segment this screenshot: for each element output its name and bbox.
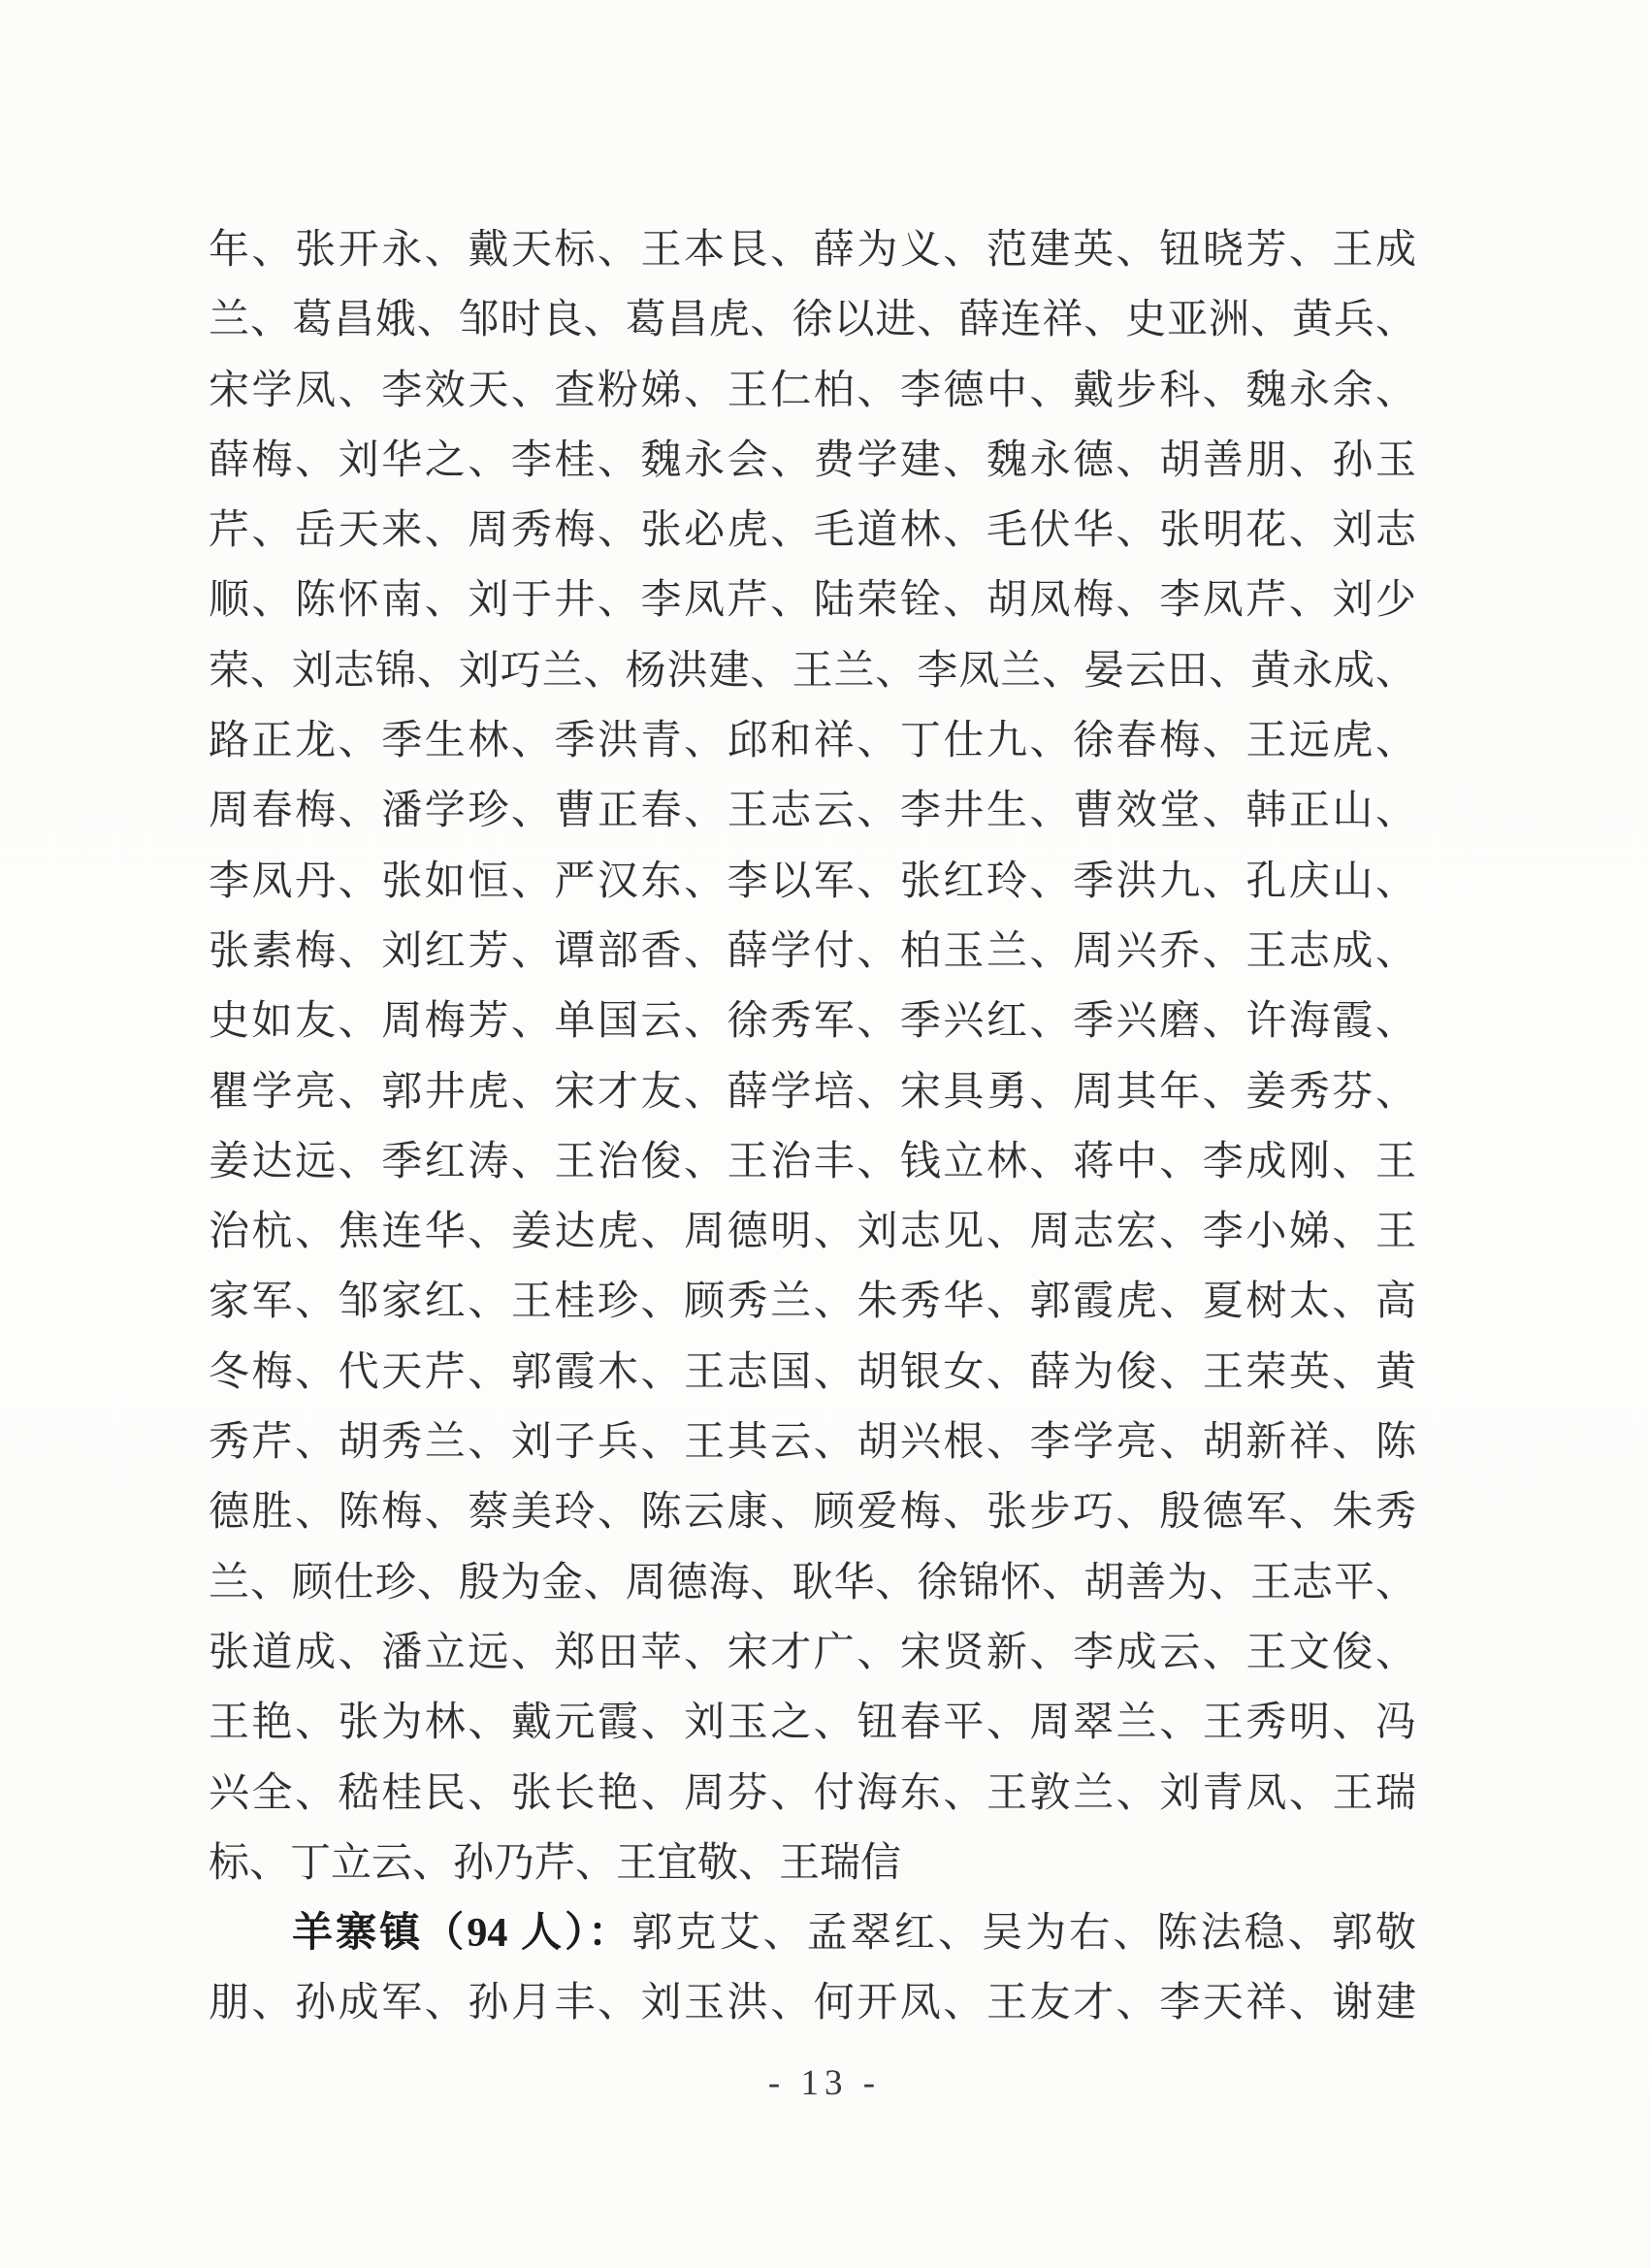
text-line: 顺、陈怀南、刘于井、李凤芹、陆荣铨、胡凤梅、李凤芹、刘少 xyxy=(209,566,1416,635)
text-line: 兰、葛昌娥、邹时良、葛昌虎、徐以进、薛连祥、史亚洲、黄兵、 xyxy=(209,285,1416,355)
scanned-document-page: 年、张开永、戴天标、王本艮、薛为义、范建英、钮晓芳、王成 兰、葛昌娥、邹时良、葛… xyxy=(0,0,1649,2268)
page-number: - 13 - xyxy=(0,2062,1649,2104)
text-line: 张素梅、刘红芳、谭部香、薛学付、柏玉兰、周兴乔、王志成、 xyxy=(209,917,1416,987)
text-line: 张道成、潘立远、郑田苹、宋才广、宋贤新、李成云、王文俊、 xyxy=(209,1618,1416,1688)
text-line: 冬梅、代天芹、郭霞木、王志国、胡银女、薛为俊、王荣英、黄 xyxy=(209,1338,1416,1408)
text-line: 治杭、焦连华、姜达虎、周德明、刘志见、周志宏、李小娣、王 xyxy=(209,1197,1416,1267)
section-names: 郭克艾、孟翠红、吴为右、陈法稳、郭敬 xyxy=(631,1911,1416,1956)
text-line: 德胜、陈梅、蔡美玲、陈云康、顾爱梅、张步巧、殷德军、朱秀 xyxy=(209,1477,1416,1547)
text-line: 标、丁立云、孙乃芹、王宜敬、王瑞信 xyxy=(209,1829,1416,1898)
section-title: 羊寨镇（94 人）： xyxy=(292,1911,631,1956)
text-line: 兴全、嵇桂民、张长艳、周芬、付海东、王敦兰、刘青凤、王瑞 xyxy=(209,1759,1416,1829)
text-line: 秀芹、胡秀兰、刘子兵、王其云、胡兴根、李学亮、胡新祥、陈 xyxy=(209,1408,1416,1477)
text-line: 姜达远、季红涛、王治俊、王治丰、钱立林、蒋中、李成刚、王 xyxy=(209,1127,1416,1197)
text-line: 史如友、周梅芳、单国云、徐秀军、季兴红、季兴磨、许海霞、 xyxy=(209,987,1416,1056)
text-line: 路正龙、季生林、季洪青、邱和祥、丁仕九、徐春梅、王远虎、 xyxy=(209,706,1416,776)
text-line: 年、张开永、戴天标、王本艮、薛为义、范建英、钮晓芳、王成 xyxy=(209,215,1416,285)
text-line: 王艳、张为林、戴元霞、刘玉之、钮春平、周翠兰、王秀明、冯 xyxy=(209,1688,1416,1758)
text-line: 兰、顾仕珍、殷为金、周德海、耿华、徐锦怀、胡善为、王志平、 xyxy=(209,1548,1416,1618)
text-line: 荣、刘志锦、刘巧兰、杨洪建、王兰、李凤兰、晏云田、黄永成、 xyxy=(209,636,1416,706)
text-line: 家军、邹家红、王桂珍、顾秀兰、朱秀华、郭霞虎、夏树太、高 xyxy=(209,1267,1416,1337)
text-line: 瞿学亮、郭井虎、宋才友、薛学培、宋具勇、周其年、姜秀芬、 xyxy=(209,1057,1416,1127)
text-line: 朋、孙成军、孙月丰、刘玉洪、何开凤、王友才、李天祥、谢建 xyxy=(209,1968,1416,2038)
text-line: 宋学凤、李效天、查粉娣、王仁柏、李德中、戴步科、魏永余、 xyxy=(209,356,1416,426)
text-line: 李凤丹、张如恒、严汉东、李以军、张红玲、季洪九、孔庆山、 xyxy=(209,847,1416,917)
section-line: 羊寨镇（94 人）：郭克艾、孟翠红、吴为右、陈法稳、郭敬 xyxy=(209,1898,1416,1968)
name-list-text: 年、张开永、戴天标、王本艮、薛为义、范建英、钮晓芳、王成 兰、葛昌娥、邹时良、葛… xyxy=(209,215,1416,2039)
text-line: 薛梅、刘华之、李桂、魏永会、费学建、魏永德、胡善朋、孙玉 xyxy=(209,426,1416,496)
text-line: 周春梅、潘学珍、曹正春、王志云、李井生、曹效堂、韩正山、 xyxy=(209,776,1416,846)
text-line: 芹、岳天来、周秀梅、张必虎、毛道林、毛伏华、张明花、刘志 xyxy=(209,496,1416,566)
